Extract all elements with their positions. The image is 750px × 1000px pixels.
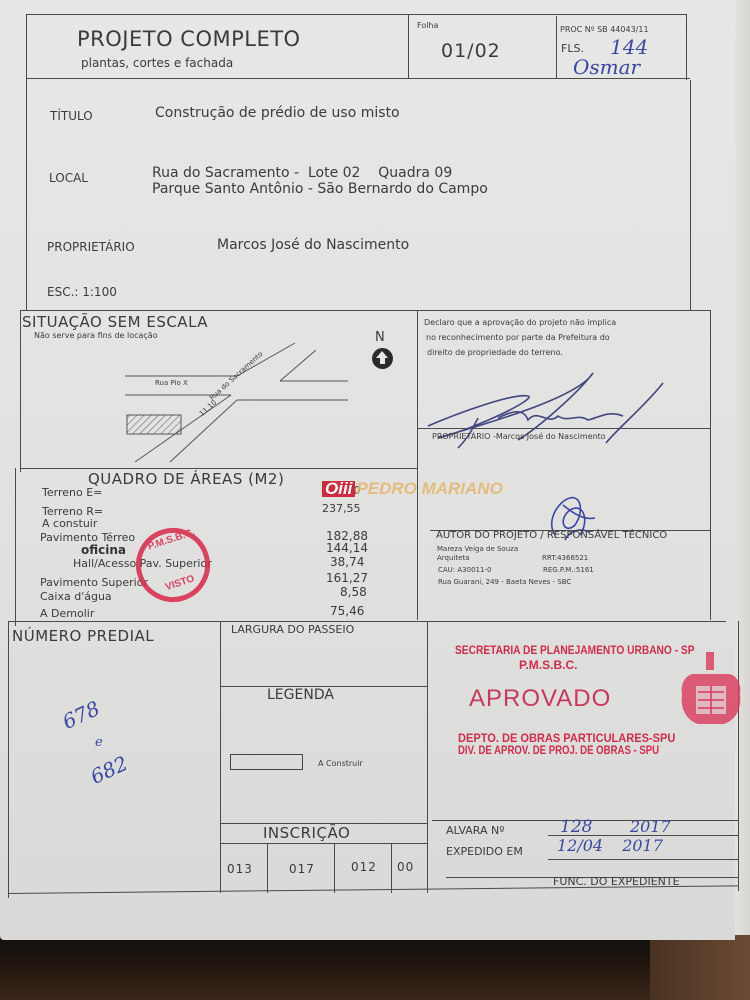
- local-label: LOCAL: [49, 171, 88, 185]
- legenda-swatch: [230, 754, 303, 770]
- area-value-caixa-dagua: 8,58: [340, 585, 367, 599]
- area-value-hall-acesso: 38,74: [330, 555, 364, 569]
- alvara-number: 128: [560, 817, 592, 837]
- north-label: N: [375, 330, 385, 345]
- technician-signature: [535, 490, 605, 550]
- expedido-label: EXPEDIDO EM: [446, 845, 523, 858]
- titulo-label: TÍTULO: [50, 109, 93, 123]
- approval-status: APROVADO: [469, 685, 611, 713]
- inscricao-cell-divider-2: [334, 843, 335, 893]
- autor-rrt: RRT:4366521: [542, 554, 588, 562]
- municipal-crest-stamp: [676, 648, 746, 730]
- header-divider-2: [556, 16, 557, 78]
- project-title: PROJETO COMPLETO: [77, 27, 301, 51]
- declaracao-signature-caption: PROPRIETÁRIO -Marcos José do Nascimento: [432, 432, 606, 441]
- local-line-2: Parque Santo Antônio - São Bernardo do C…: [152, 181, 488, 197]
- visto-stamp: P.M.S.B.C. VISTO: [126, 518, 219, 611]
- frame-right-middle: [710, 310, 711, 620]
- area-label-terreno-e: Terreno E=: [42, 486, 102, 499]
- folha-value: 01/02: [441, 40, 501, 62]
- watermark-box: Oiii: [322, 481, 355, 497]
- area-label-a-construir: A constuir: [42, 517, 97, 530]
- numero-predial-title: NÚMERO PREDIAL: [12, 627, 154, 645]
- inscricao-cell-divider-3: [391, 843, 392, 893]
- approval-pmsbc: P.M.S.B.C.: [519, 658, 577, 672]
- approval-secretaria: SECRETARIA DE PLANEJAMENTO URBANO - SP: [455, 643, 695, 657]
- project-subtitle: plantas, cortes e fachada: [81, 56, 233, 70]
- numero-predial-2: 682: [87, 751, 132, 789]
- quadro-left-line: [15, 468, 16, 626]
- area-label-oficina: oficina: [81, 543, 126, 557]
- folha-label: Folha: [417, 21, 438, 30]
- local-line-1: Rua do Sacramento - Lote 02 Quadra 09: [152, 165, 452, 181]
- north-arrow-icon: [372, 348, 393, 369]
- declaracao-line-2: no reconhecimento por parte da Prefeitur…: [426, 333, 610, 342]
- scale-label: ESC.: 1:100: [47, 285, 117, 299]
- header-divider-1: [408, 14, 409, 78]
- frame-right-header: [686, 14, 687, 80]
- situacao-note: Não serve para fins de locação: [34, 331, 158, 340]
- titulo-value: Construção de prédio de uso misto: [155, 105, 400, 121]
- frame-right-info: [690, 80, 691, 310]
- frame-top: [26, 14, 686, 15]
- declaracao-line-3: direito de propriedade do terreno.: [427, 348, 563, 357]
- area-value-pavimento-superior: 161,27: [326, 571, 368, 585]
- visto-stamp-top: P.M.S.B.C.: [147, 527, 197, 553]
- situacao-title: SITUAÇÃO SEM ESCALA: [22, 313, 208, 331]
- inscricao-cell-4: 00: [397, 860, 414, 874]
- area-value-a-demolir: 75,46: [330, 604, 364, 618]
- fls-signature: Osmar: [573, 55, 640, 79]
- owner-signature: [418, 368, 678, 458]
- autor-cau: CAU: A30011-0: [438, 566, 491, 574]
- inscricao-cell-1: 013: [227, 862, 253, 876]
- expedido-date: 12/04 2017: [557, 836, 663, 855]
- lower-divider-2: [427, 621, 428, 893]
- declaracao-line-1: Declaro que a aprovação do projeto não i…: [424, 318, 616, 327]
- street-label-rua-pio-x: Rua Pio X: [155, 379, 188, 387]
- autor-address: Rua Guarani, 249 - Baeta Neves - SBC: [438, 578, 571, 586]
- area-value-oficina: 144,14: [326, 541, 368, 555]
- autor-role: Arquiteta: [437, 554, 469, 562]
- lower-left-line: [8, 621, 9, 898]
- visto-stamp-bottom: VISTO: [164, 573, 196, 593]
- quadro-areas-title: QUADRO DE ÁREAS (M2): [88, 470, 284, 488]
- frame-left-upper: [26, 14, 27, 310]
- lower-divider-1: [220, 621, 221, 893]
- alvara-label: ALVARA Nº: [446, 824, 504, 837]
- inscricao-title: INSCRIÇÃO: [263, 824, 350, 842]
- autor-reg: REG.P.M.:5161: [543, 566, 594, 574]
- autor-title: AUTOR DO PROJETO / RESPONSÁVEL TÉCNICO: [436, 530, 667, 541]
- document-layout: PROJETO COMPLETO plantas, cortes e facha…: [0, 0, 750, 1000]
- watermark-text: PEDRO MARIANO: [356, 479, 502, 498]
- numero-predial-connector: e: [95, 735, 103, 750]
- func-expediente-label: FUNC. DO EXPEDIENTE: [553, 875, 680, 888]
- area-label-caixa-dagua: Caixa d'água: [40, 590, 112, 603]
- inscricao-title-line: [221, 843, 428, 844]
- watermark-logo: OiiiPEDRO MARIANO: [322, 481, 503, 497]
- approval-divisao: DIV. DE APROV. DE PROJ. DE OBRAS - SPU: [458, 743, 659, 757]
- proc-number: PROC Nº SB 44043/11: [560, 25, 649, 34]
- proprietario-value: Marcos José do Nascimento: [217, 237, 409, 253]
- inscricao-cell-divider-1: [267, 843, 268, 893]
- inscricao-cell-3: 012: [351, 860, 377, 874]
- area-label-pavimento-superior: Pavimento Superior: [40, 576, 148, 589]
- largura-passeio-title: LARGURA DO PASSEIO: [231, 623, 354, 636]
- fls-label: FLS.: [561, 42, 584, 55]
- autor-name: Mareza Veiga de Souza: [437, 545, 518, 553]
- proprietario-label: PROPRIETÁRIO: [47, 240, 135, 254]
- legenda-item-label: A Construir: [318, 759, 363, 768]
- situacao-top-line: [20, 310, 710, 311]
- alvara-year: 2017: [630, 817, 671, 836]
- inscricao-cell-2: 017: [289, 862, 315, 876]
- area-value-terreno-r: 237,55: [322, 502, 361, 515]
- expedido-line: [548, 859, 738, 860]
- legenda-title: LEGENDA: [267, 687, 334, 703]
- situacao-left-line: [20, 310, 21, 472]
- lower-top-line: [8, 621, 726, 622]
- numero-predial-1: 678: [59, 696, 104, 734]
- area-label-a-demolir: A Demolir: [40, 607, 94, 620]
